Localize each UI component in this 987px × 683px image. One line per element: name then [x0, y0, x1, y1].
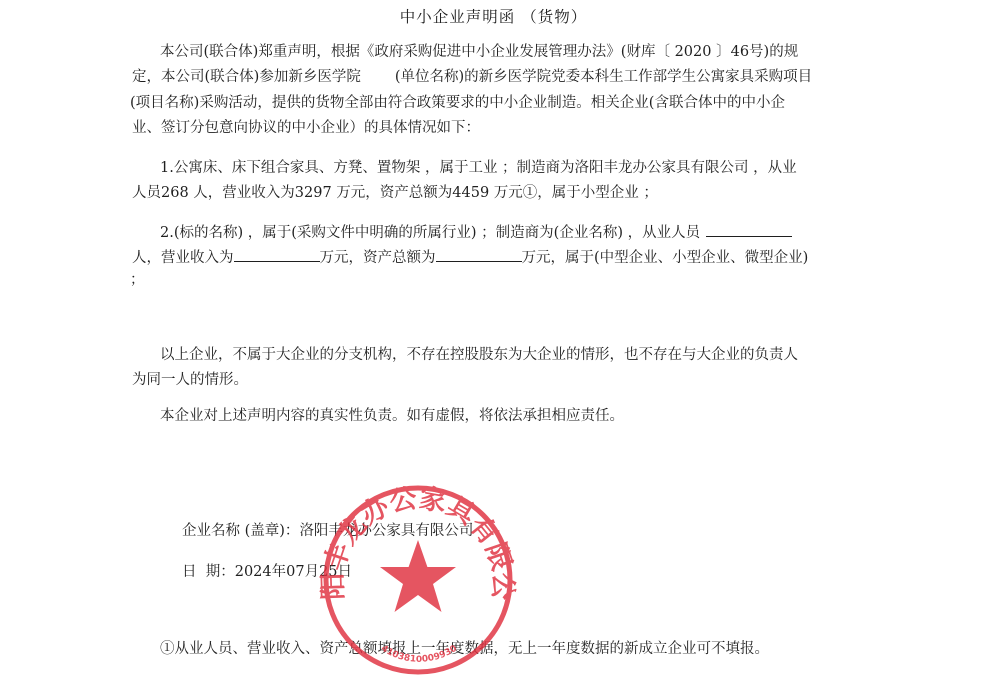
footnote: ①从业人员、营业收入、资产总额填报上一年度数据，无上一年度数据的新成立企业可不填… — [160, 639, 769, 659]
item2-line-3: ； — [130, 270, 145, 290]
declaration1-line-2: 为同一人的情形。 — [132, 370, 248, 390]
intro-line-2b: (单位名称)的新乡医学院党委本科生工作部学生公寓家具采购项目 — [395, 69, 812, 85]
item1-line-1: 1.公寓床、床下组合家具、方凳、置物架 ，属于工业 ；制造商为洛阳丰龙办公家具有… — [160, 158, 797, 178]
item2-line-2c: 万元，属于(中型企业、小型企业、微型企业) — [522, 250, 809, 266]
assets-blank-field[interactable] — [436, 245, 522, 262]
intro-line-2a: 定，本公司(联合体)参加新乡医学院 — [132, 69, 361, 85]
date-label: 日 期： — [182, 564, 235, 580]
revenue-blank-field[interactable] — [234, 245, 320, 262]
item2-line-2a: 人，营业收入为 — [132, 250, 234, 266]
intro-line-1: 本公司(联合体)郑重声明，根据《政府采购促进中小企业发展管理办法》(财库〔 20… — [160, 42, 798, 62]
document-page: 中小企业声明函 （货物） 本公司(联合体)郑重声明，根据《政府采购促进中小企业发… — [0, 0, 987, 683]
item2-line-1-text: 2.(标的名称) ，属于(采购文件中明确的所属行业) ；制造商为(企业名称) ，… — [160, 225, 700, 241]
item2-line-1: 2.(标的名称) ，属于(采购文件中明确的所属行业) ；制造商为(企业名称) ，… — [160, 220, 792, 240]
company-label: 企业名称 (盖章)： — [182, 523, 299, 539]
intro-line-3: (项目名称)采购活动，提供的货物全部由符合政策要求的中小企业制造。相关企业(含联… — [130, 93, 785, 113]
item2-line-2: 人，营业收入为万元，资产总额为万元，属于(中型企业、小型企业、微型企业) — [132, 245, 808, 265]
document-title: 中小企业声明函 （货物） — [0, 5, 987, 27]
company-name: 洛阳丰龙办公家具有限公司 — [299, 523, 473, 539]
intro-line-4: 业、签订分包意向协议的中小企业）的具体情况如下： — [132, 118, 480, 138]
employees-blank-field[interactable] — [706, 220, 792, 237]
item1-line-2: 人员268 人，营业收入为3297 万元，资产总额为4459 万元①，属于小型企… — [132, 183, 658, 203]
date-line: 日 期：2024年07月25日 — [182, 562, 352, 582]
star-icon — [380, 540, 456, 612]
declaration2-line: 本企业对上述声明内容的真实性负责。如有虚假，将依法承担相应责任。 — [160, 406, 624, 426]
date-value: 2024年07月25日 — [235, 564, 352, 580]
declaration1-line-1: 以上企业，不属于大企业的分支机构，不存在控股股东为大企业的情形，也不存在与大企业… — [160, 345, 798, 365]
item2-line-2b: 万元，资产总额为 — [320, 250, 436, 266]
company-signature-line: 企业名称 (盖章)：洛阳丰龙办公家具有限公司 — [182, 521, 473, 541]
intro-line-2: 定，本公司(联合体)参加新乡医学院(单位名称)的新乡医学院党委本科生工作部学生公… — [132, 67, 812, 87]
